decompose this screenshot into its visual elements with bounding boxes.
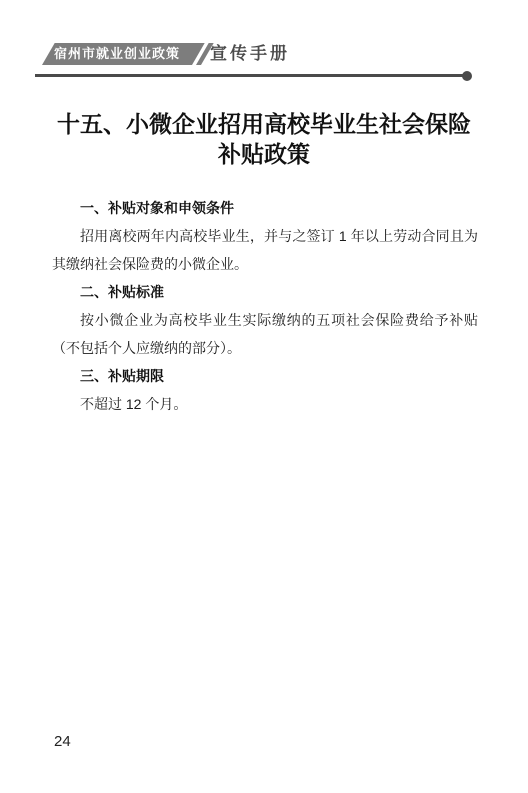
- page-header: 宿州市就业创业政策 宣传手册: [0, 43, 528, 77]
- section-paragraph: 招用离校两年内高校毕业生，并与之签订 1 年以上劳动合同且为其缴纳社会保险费的小…: [52, 222, 478, 278]
- policy-banner-label: 宿州市就业创业政策: [54, 43, 180, 65]
- handbook-label: 宣传手册: [210, 43, 290, 65]
- page-title-line2: 补贴政策: [218, 142, 310, 167]
- page-title: 十五、小微企业招用高校毕业生社会保险 补贴政策: [30, 110, 498, 170]
- header-rule: [35, 74, 470, 77]
- document-page: 宿州市就业创业政策 宣传手册 十五、小微企业招用高校毕业生社会保险 补贴政策 一…: [0, 0, 528, 793]
- policy-banner: 宿州市就业创业政策: [42, 43, 205, 65]
- page-number: 24: [54, 733, 71, 750]
- section-heading: 三、补贴期限: [52, 362, 478, 390]
- section-paragraph: 不超过 12 个月。: [52, 390, 478, 418]
- policy-body: 一、补贴对象和申领条件 招用离校两年内高校毕业生，并与之签订 1 年以上劳动合同…: [52, 194, 478, 418]
- header-banner-row: 宿州市就业创业政策 宣传手册: [42, 43, 528, 65]
- section-duration: 三、补贴期限 不超过 12 个月。: [52, 362, 478, 418]
- section-eligibility: 一、补贴对象和申领条件 招用离校两年内高校毕业生，并与之签订 1 年以上劳动合同…: [52, 194, 478, 278]
- section-standard: 二、补贴标准 按小微企业为高校毕业生实际缴纳的五项社会保险费给予补贴（不包括个人…: [52, 278, 478, 362]
- rule-end-dot: [462, 71, 472, 81]
- section-heading: 一、补贴对象和申领条件: [52, 194, 478, 222]
- section-paragraph: 按小微企业为高校毕业生实际缴纳的五项社会保险费给予补贴（不包括个人应缴纳的部分）…: [52, 306, 478, 362]
- section-heading: 二、补贴标准: [52, 278, 478, 306]
- page-title-line1: 十五、小微企业招用高校毕业生社会保险: [57, 112, 471, 137]
